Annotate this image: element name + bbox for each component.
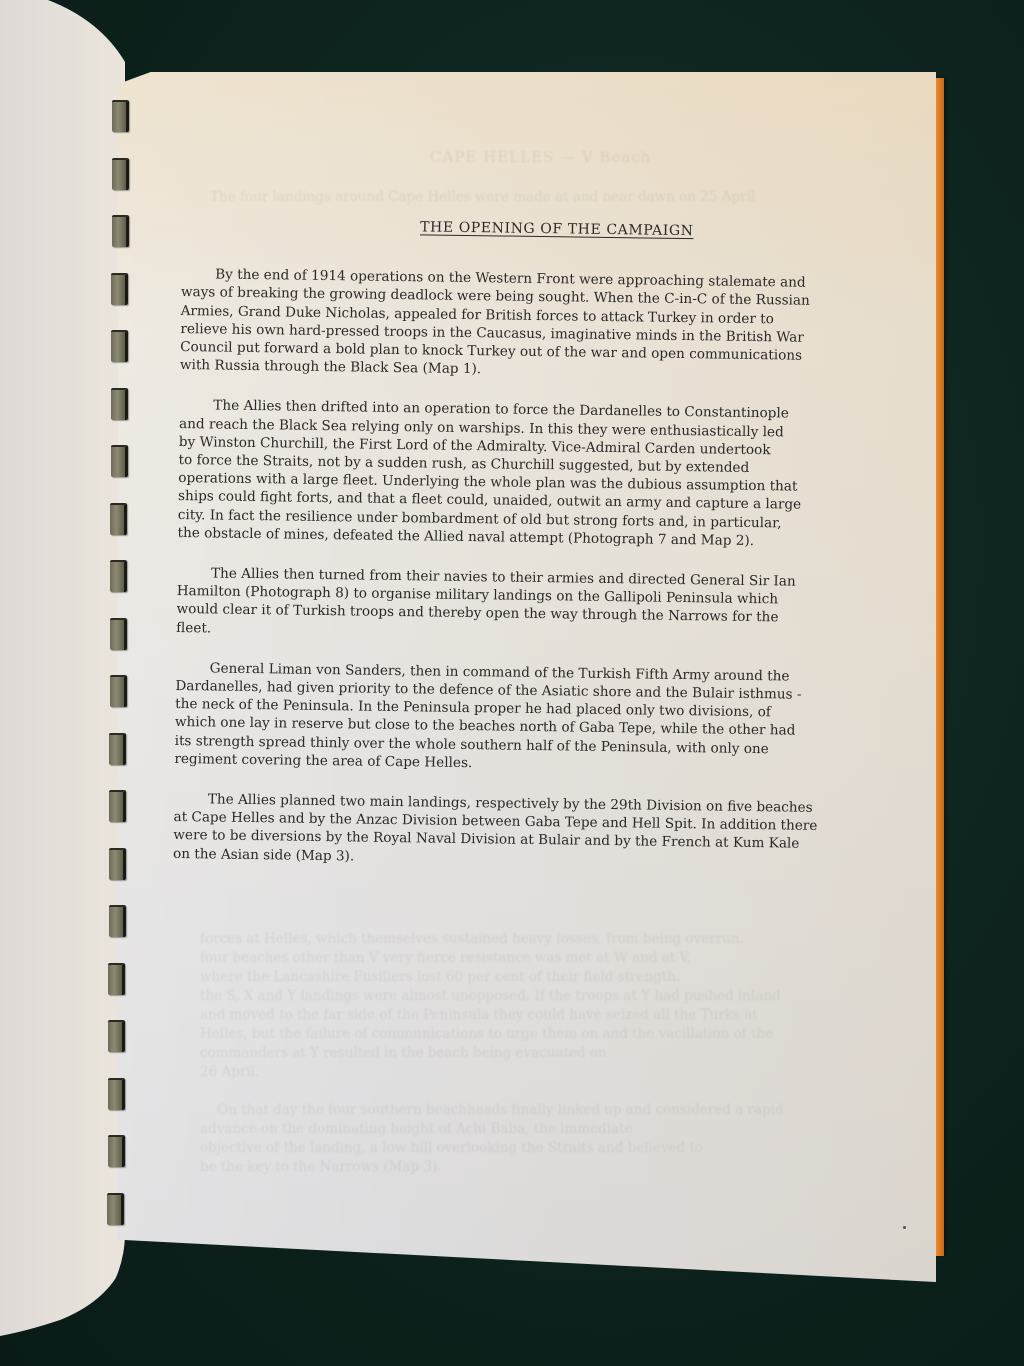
- binding-ring: [108, 1135, 125, 1167]
- paragraph: The Allies planned two main landings, re…: [173, 790, 894, 873]
- binding-ring: [110, 618, 127, 650]
- binding-ring: [109, 790, 126, 822]
- binding-ring: [111, 388, 128, 420]
- bleed-through-heading: CAPE HELLES — V Beach: [430, 148, 651, 166]
- document-body: By the end of 1914 operations on the Wes…: [173, 265, 901, 873]
- binding-ring: [109, 848, 126, 880]
- paragraph: The Allies then drifted into an operatio…: [177, 396, 899, 552]
- paper-speck: [903, 1226, 906, 1229]
- paragraph: The Allies then turned from their navies…: [176, 564, 897, 647]
- binding-ring: [112, 100, 129, 132]
- binding-ring: [111, 330, 128, 362]
- binding-ring: [107, 1193, 124, 1225]
- binding-ring: [109, 905, 126, 937]
- binding-ring: [112, 158, 129, 190]
- spiral-binding: [112, 100, 134, 1220]
- facing-page: [0, 0, 125, 1340]
- binding-ring: [110, 560, 127, 592]
- binding-ring: [108, 1020, 125, 1052]
- bleed-through-text: The four landings around Cape Helles wer…: [210, 188, 755, 206]
- paragraph: General Liman von Sanders, then in comma…: [174, 659, 895, 778]
- bleed-through-text: forces at Helles, which themselves susta…: [200, 930, 784, 1177]
- paragraph: By the end of 1914 operations on the Wes…: [180, 265, 901, 384]
- binding-ring: [112, 215, 129, 247]
- document-content: THE OPENING OF THE CAMPAIGN By the end o…: [173, 215, 902, 895]
- binding-ring: [110, 675, 127, 707]
- binding-ring: [108, 1078, 125, 1110]
- binding-ring: [109, 733, 126, 765]
- binding-ring: [111, 445, 128, 477]
- binding-ring: [108, 963, 125, 995]
- binding-ring: [111, 273, 128, 305]
- binding-ring: [110, 503, 127, 535]
